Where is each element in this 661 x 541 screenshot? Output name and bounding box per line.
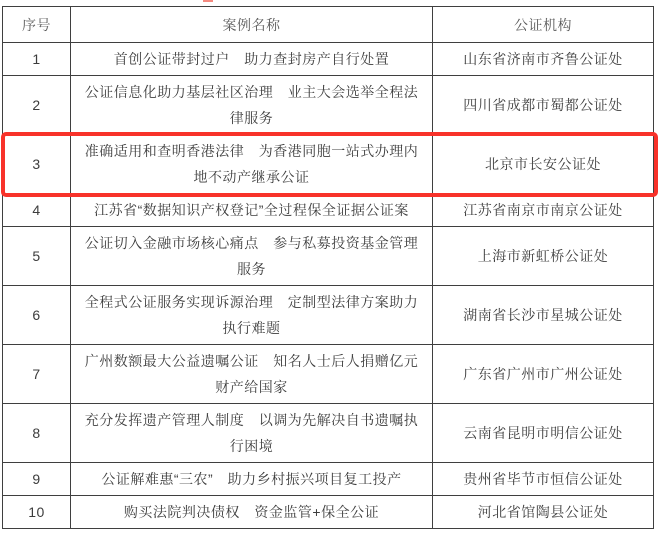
organization-cell: 湖南省长沙市星城公证处 xyxy=(433,286,654,345)
row-number: 9 xyxy=(32,466,40,492)
row-number-cell: 7 xyxy=(3,345,71,404)
organization-cell: 云南省昆明市明信公证处 xyxy=(433,404,654,463)
organization: 上海市新虹桥公证处 xyxy=(478,243,609,269)
row-number-cell: 3 xyxy=(3,135,71,194)
table-body: 1 首创公证带封过户 助力查封房产自行处置 山东省济南市齐鲁公证处 2 公证信息… xyxy=(3,43,654,529)
row-number-cell: 4 xyxy=(3,194,71,227)
case-name-cell: 准确适用和查明香港法律 为香港同胞一站式办理内地不动产继承公证 xyxy=(71,135,433,194)
row-number: 4 xyxy=(32,197,40,223)
case-name-cell: 公证解难惠“三农” 助力乡村振兴项目复工投产 xyxy=(71,463,433,496)
organization-cell: 四川省成都市蜀都公证处 xyxy=(433,76,654,135)
row-number: 8 xyxy=(32,420,40,446)
organization: 贵州省毕节市恒信公证处 xyxy=(463,466,623,492)
table-row: 4 江苏省“数据知识产权登记”全过程保全证据公证案 江苏省南京市南京公证处 xyxy=(3,194,654,227)
organization-cell: 贵州省毕节市恒信公证处 xyxy=(433,463,654,496)
row-number: 5 xyxy=(32,243,40,269)
row-number-cell: 6 xyxy=(3,286,71,345)
row-number-cell: 2 xyxy=(3,76,71,135)
row-number-cell: 10 xyxy=(3,496,71,529)
case-name-cell: 公证切入金融市场核心痛点 参与私募投资基金管理服务 xyxy=(71,227,433,286)
row-number: 3 xyxy=(32,151,40,177)
organization-cell: 山东省济南市齐鲁公证处 xyxy=(433,43,654,76)
organization: 山东省济南市齐鲁公证处 xyxy=(463,46,623,72)
column-header-case-name: 案例名称 xyxy=(71,7,433,43)
organization-cell: 上海市新虹桥公证处 xyxy=(433,227,654,286)
row-number-cell: 1 xyxy=(3,43,71,76)
case-name: 公证切入金融市场核心痛点 参与私募投资基金管理服务 xyxy=(81,230,422,282)
case-name: 江苏省“数据知识产权登记”全过程保全证据公证案 xyxy=(94,197,409,223)
column-header-no: 序号 xyxy=(3,7,71,43)
case-name-cell: 充分发挥遗产管理人制度 以调为先解决自书遗嘱执行困境 xyxy=(71,404,433,463)
case-name-cell: 广州数额最大公益遗嘱公证 知名人士后人捐赠亿元财产给国家 xyxy=(71,345,433,404)
case-name: 广州数额最大公益遗嘱公证 知名人士后人捐赠亿元财产给国家 xyxy=(81,348,422,400)
organization-cell: 江苏省南京市南京公证处 xyxy=(433,194,654,227)
organization: 河北省馆陶县公证处 xyxy=(478,499,609,525)
organization: 北京市长安公证处 xyxy=(485,151,601,177)
row-number-cell: 9 xyxy=(3,463,71,496)
organization: 江苏省南京市南京公证处 xyxy=(463,197,623,223)
case-name: 购买法院判决债权 资金监管+保全公证 xyxy=(124,499,379,525)
row-number: 7 xyxy=(32,361,40,387)
table-row: 6 全程式公证服务实现诉源治理 定制型法律方案助力执行难题 湖南省长沙市星城公证… xyxy=(3,286,654,345)
organization: 云南省昆明市明信公证处 xyxy=(463,420,623,446)
case-name-cell: 江苏省“数据知识产权登记”全过程保全证据公证案 xyxy=(71,194,433,227)
row-number: 1 xyxy=(32,46,40,72)
case-name: 全程式公证服务实现诉源治理 定制型法律方案助力执行难题 xyxy=(81,289,422,341)
table-row: 5 公证切入金融市场核心痛点 参与私募投资基金管理服务 上海市新虹桥公证处 xyxy=(3,227,654,286)
row-number: 2 xyxy=(32,92,40,118)
column-header-organization: 公证机构 xyxy=(433,7,654,43)
table-row: 10 购买法院判决债权 资金监管+保全公证 河北省馆陶县公证处 xyxy=(3,496,654,529)
table-row: 9 公证解难惠“三农” 助力乡村振兴项目复工投产 贵州省毕节市恒信公证处 xyxy=(3,463,654,496)
case-name-cell: 首创公证带封过户 助力查封房产自行处置 xyxy=(71,43,433,76)
case-name: 公证解难惠“三农” 助力乡村振兴项目复工投产 xyxy=(101,466,401,492)
table-row: 8 充分发挥遗产管理人制度 以调为先解决自书遗嘱执行困境 云南省昆明市明信公证处 xyxy=(3,404,654,463)
row-number: 10 xyxy=(28,499,45,525)
case-name-cell: 公证信息化助力基层社区治理 业主大会选举全程法律服务 xyxy=(71,76,433,135)
column-header-organization-label: 公证机构 xyxy=(514,12,572,38)
table-header-row: 序号 案例名称 公证机构 xyxy=(3,7,654,43)
organization-cell: 北京市长安公证处 xyxy=(433,135,654,194)
case-name: 公证信息化助力基层社区治理 业主大会选举全程法律服务 xyxy=(81,79,422,131)
organization-cell: 广东省广州市广州公证处 xyxy=(433,345,654,404)
table-row: 7 广州数额最大公益遗嘱公证 知名人士后人捐赠亿元财产给国家 广东省广州市广州公… xyxy=(3,345,654,404)
case-name: 首创公证带封过户 助力查封房产自行处置 xyxy=(114,46,390,72)
case-name: 准确适用和查明香港法律 为香港同胞一站式办理内地不动产继承公证 xyxy=(81,138,422,190)
crop-artifact-red-mark xyxy=(203,0,213,2)
row-number-cell: 5 xyxy=(3,227,71,286)
case-name-cell: 购买法院判决债权 资金监管+保全公证 xyxy=(71,496,433,529)
organization: 四川省成都市蜀都公证处 xyxy=(463,92,623,118)
row-number-cell: 8 xyxy=(3,404,71,463)
row-number: 6 xyxy=(32,302,40,328)
organization: 湖南省长沙市星城公证处 xyxy=(463,302,623,328)
table-row: 3 准确适用和查明香港法律 为香港同胞一站式办理内地不动产继承公证 北京市长安公… xyxy=(3,135,654,194)
table-row: 1 首创公证带封过户 助力查封房产自行处置 山东省济南市齐鲁公证处 xyxy=(3,43,654,76)
organization-cell: 河北省馆陶县公证处 xyxy=(433,496,654,529)
table-row: 2 公证信息化助力基层社区治理 业主大会选举全程法律服务 四川省成都市蜀都公证处 xyxy=(3,76,654,135)
case-name: 充分发挥遗产管理人制度 以调为先解决自书遗嘱执行困境 xyxy=(81,407,422,459)
case-name-cell: 全程式公证服务实现诉源治理 定制型法律方案助力执行难题 xyxy=(71,286,433,345)
organization: 广东省广州市广州公证处 xyxy=(463,361,623,387)
column-header-no-label: 序号 xyxy=(22,12,51,38)
column-header-case-name-label: 案例名称 xyxy=(223,12,281,38)
notary-cases-table: 序号 案例名称 公证机构 1 首创公证带封过户 助力查封房产自行处置 山东省济南… xyxy=(2,6,654,529)
